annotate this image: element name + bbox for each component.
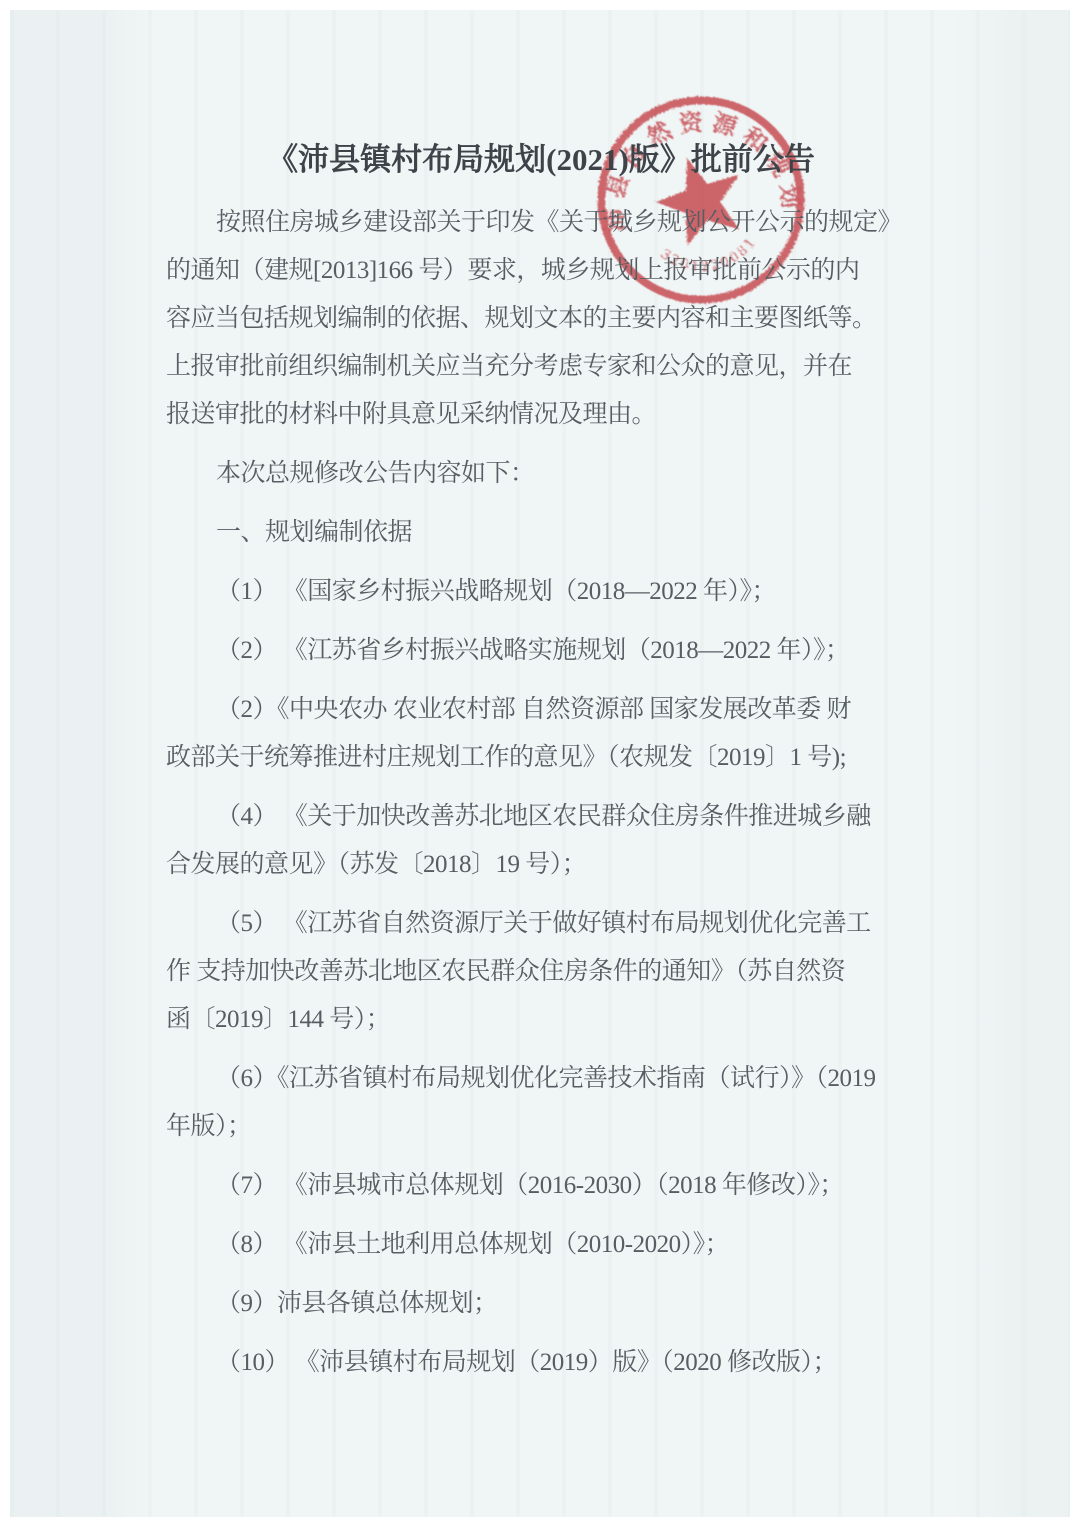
text-line: 按照住房城乡建设部关于印发《关于城乡规划公开公示的规定》 — [166, 199, 916, 247]
document-body: 《沛县镇村布局规划(2021)版》批前公告 按照住房城乡建设部关于印发《关于城乡… — [166, 136, 916, 1398]
text-line: 函〔2019〕144 号）； — [166, 996, 916, 1044]
paragraph: （6）《江苏省镇村布局规划优化完善技术指南（试行）》（2019年版）； — [166, 1055, 916, 1151]
text-line: （4） 《关于加快改善苏北地区农民群众住房条件推进城乡融 — [166, 793, 916, 841]
paragraph: （8） 《沛县土地利用总体规划（2010-2020）》； — [166, 1221, 916, 1269]
paragraph: （7） 《沛县城市总体规划（2016-2030）（2018 年修改）》； — [166, 1162, 916, 1210]
paragraph: 一、规划编制依据 — [166, 509, 916, 557]
text-line: 一、规划编制依据 — [166, 509, 916, 557]
text-line: （2） 《江苏省乡村振兴战略实施规划（2018—2022 年）》； — [166, 627, 916, 675]
paragraph: （5） 《江苏省自然资源厅关于做好镇村布局规划优化完善工作 支持加快改善苏北地区… — [166, 900, 916, 1044]
paragraph: （2）《中央农办 农业农村部 自然资源部 国家发展改革委 财政部关于统筹推进村庄… — [166, 686, 916, 782]
paragraph-list: 按照住房城乡建设部关于印发《关于城乡规划公开公示的规定》的通知（建规[2013]… — [166, 199, 916, 1387]
paragraph: （10） 《沛县镇村布局规划（2019）版》（2020 修改版）； — [166, 1339, 916, 1387]
text-line: 的通知（建规[2013]166 号）要求，城乡规划上报审批前公示的内 — [166, 247, 916, 295]
page-title: 《沛县镇村布局规划(2021)版》批前公告 — [166, 136, 916, 184]
paragraph: （9）沛县各镇总体规划； — [166, 1280, 916, 1328]
text-line: 合发展的意见》（苏发〔2018〕19 号）； — [166, 841, 916, 889]
text-line: 政部关于统筹推进村庄规划工作的意见》（农规发〔2019〕1 号); — [166, 734, 916, 782]
paragraph: （1） 《国家乡村振兴战略规划（2018—2022 年）》； — [166, 568, 916, 616]
paragraph: （2） 《江苏省乡村振兴战略实施规划（2018—2022 年）》； — [166, 627, 916, 675]
scanned-announcement-page: { "page": { "paper_color": "#f0f5f5", "b… — [0, 0, 1080, 1527]
text-line: 年版）； — [166, 1103, 916, 1151]
text-line: （8） 《沛县土地利用总体规划（2010-2020）》； — [166, 1221, 916, 1269]
paragraph: 按照住房城乡建设部关于印发《关于城乡规划公开公示的规定》的通知（建规[2013]… — [166, 199, 916, 439]
text-line: （1） 《国家乡村振兴战略规划（2018—2022 年）》； — [166, 568, 916, 616]
paragraph: （4） 《关于加快改善苏北地区农民群众住房条件推进城乡融合发展的意见》（苏发〔2… — [166, 793, 916, 889]
text-line: 本次总规修改公告内容如下： — [166, 450, 916, 498]
document-paper: 沛县自然资源和规划局 3201220081 《沛县镇村布局规划(2021)版》批… — [10, 10, 1070, 1517]
text-line: （10） 《沛县镇村布局规划（2019）版》（2020 修改版）； — [166, 1339, 916, 1387]
text-line: 上报审批前组织编制机关应当充分考虑专家和公众的意见，并在 — [166, 343, 916, 391]
text-line: （2）《中央农办 农业农村部 自然资源部 国家发展改革委 财 — [166, 686, 916, 734]
text-line: 作 支持加快改善苏北地区农民群众住房条件的通知》（苏自然资 — [166, 948, 916, 996]
paragraph: 本次总规修改公告内容如下： — [166, 450, 916, 498]
text-line: （5） 《江苏省自然资源厅关于做好镇村布局规划优化完善工 — [166, 900, 916, 948]
text-line: （9）沛县各镇总体规划； — [166, 1280, 916, 1328]
text-line: 容应当包括规划编制的依据、规划文本的主要内容和主要图纸等。 — [166, 295, 916, 343]
text-line: 报送审批的材料中附具意见采纳情况及理由。 — [166, 391, 916, 439]
text-line: （7） 《沛县城市总体规划（2016-2030）（2018 年修改）》； — [166, 1162, 916, 1210]
text-line: （6）《江苏省镇村布局规划优化完善技术指南（试行）》（2019 — [166, 1055, 916, 1103]
